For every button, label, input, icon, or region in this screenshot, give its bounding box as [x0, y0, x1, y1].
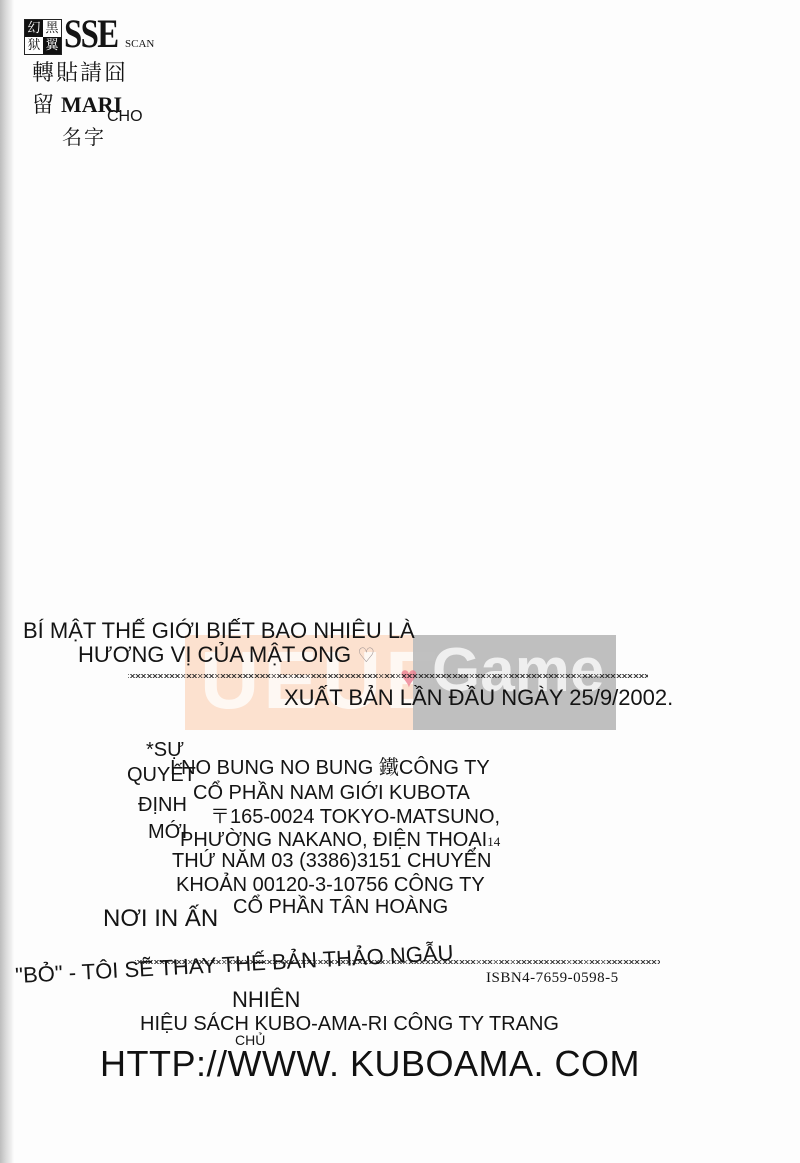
printer-label: NƠI IN ẤN — [103, 905, 218, 933]
book-title-line-2: HƯƠNG VỊ CỦA MẬT ONG ♡ — [78, 642, 375, 668]
logo-char: 狱 — [25, 37, 43, 54]
publisher-url: HTTP://WWW. KUBOAMA. COM — [100, 1043, 640, 1085]
logo-char: 幻 — [25, 20, 43, 37]
isbn-number: ISBN4-7659-0598-5 — [486, 970, 619, 987]
scan-logo-mark: 幻 黑 狱 翼 — [24, 19, 62, 55]
scan-credit-translation: CHO — [107, 108, 143, 126]
first-edition-date: XUẤT BẢN LẦN ĐẦU NGÀY 25/9/2002. — [284, 685, 673, 711]
scan-logo-text: SSE — [64, 14, 117, 54]
company-line: THỨ NĂM 03 (3386)3151 CHUYỂN — [172, 851, 491, 871]
decision-label-3: ĐỊNH — [138, 795, 187, 815]
company-line-text: PHƯỜNG NAKANO, ĐIỆN THOẠI — [180, 829, 487, 851]
logo-char: 黑 — [43, 20, 61, 37]
company-line: CỔ PHẦN NAM GIỚI KUBOTA — [193, 783, 470, 803]
company-line: KHOẢN 00120-3-10756 CÔNG TY — [176, 875, 485, 895]
book-title-line-2-text: HƯƠNG VỊ CỦA MẬT ONG — [78, 642, 351, 667]
decorative-divider — [128, 674, 648, 678]
scan-credit-line-1: 轉貼請囧 — [32, 56, 128, 87]
scan-credit-line-2-prefix: 留 — [32, 93, 54, 118]
page-spine-shadow — [0, 0, 14, 1163]
company-line: I NO BUNG NO BUNG 鐵CÔNG TY — [170, 758, 490, 778]
replacement-note: "BỎ" - TÔI SẼ THAY THẾ BẢN THẢO NGẪU — [15, 940, 454, 989]
logo-char: 翼 — [43, 37, 61, 54]
heart-outline-icon: ♡ — [357, 643, 375, 667]
book-title-line-1: BÍ MẬT THẾ GIỚI BIẾT BAO NHIÊU LÀ — [23, 618, 415, 644]
company-line: 〒165-0024 TOKYO-MATSUNO, — [210, 807, 500, 827]
phone-suffix: 14 — [487, 834, 500, 849]
company-line: CỔ PHẦN TÂN HOÀNG — [233, 897, 448, 917]
replacement-note-cont: NHIÊN — [232, 987, 300, 1013]
scan-credit-line-3: 名字 — [62, 121, 106, 150]
company-line: PHƯỜNG NAKANO, ĐIỆN THOẠI14 — [180, 830, 500, 850]
scan-logo-suffix: SCAN — [125, 38, 154, 50]
bookstore-line: HIỆU SÁCH KUBO-AMA-RI CÔNG TY TRANG — [140, 1013, 559, 1036]
